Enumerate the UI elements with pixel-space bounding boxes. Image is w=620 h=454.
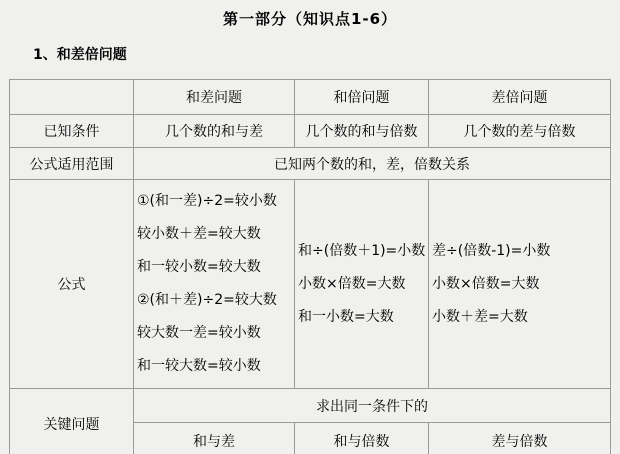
known-conditions-diff-multiple: 几个数的差与倍数 (429, 115, 611, 148)
row-label-formulas: 公式 (10, 180, 134, 389)
formula-line: 和一较大数=较小数 (137, 350, 292, 383)
formula-scope-row: 公式适用范围 已知两个数的和，差，倍数关系 (10, 148, 611, 180)
row-label-known-conditions: 已知条件 (10, 115, 134, 148)
header-cell-sum-diff: 和差问题 (134, 80, 295, 115)
knowledge-table: 和差问题 和倍问题 差倍问题 已知条件 几个数的和与差 几个数的和与倍数 几个数… (9, 79, 611, 454)
known-conditions-sum-multiple: 几个数的和与倍数 (295, 115, 429, 148)
row-label-formula-scope: 公式适用范围 (10, 148, 134, 180)
key-question-sum-multiple: 和与倍数 (295, 423, 429, 454)
formula-line: ②(和＋差)÷2=较大数 (137, 284, 292, 317)
formulas-diff-multiple-cell: 差÷(倍数-1)=小数 小数×倍数=大数 小数＋差=大数 (429, 180, 611, 389)
formula-line: 较大数一差=较小数 (137, 317, 292, 350)
formula-line: 和÷(倍数＋1)=小数 (298, 235, 426, 268)
formula-line: 小数×倍数=大数 (298, 268, 426, 301)
formula-line: ①(和一差)÷2=较小数 (137, 185, 292, 218)
formulas-sum-multiple-cell: 和÷(倍数＋1)=小数 小数×倍数=大数 和一小数=大数 (295, 180, 429, 389)
key-question-sum-diff: 和与差 (134, 423, 295, 454)
key-question-row: 关键问题 求出同一条件下的 (10, 389, 611, 423)
known-conditions-sum-diff: 几个数的和与差 (134, 115, 295, 148)
known-conditions-row: 已知条件 几个数的和与差 几个数的和与倍数 几个数的差与倍数 (10, 115, 611, 148)
formula-line: 和一小数=大数 (298, 301, 426, 334)
row-label-key-question: 关键问题 (10, 389, 134, 454)
header-cell-empty (10, 80, 134, 115)
section-heading: 1、和差倍问题 (33, 44, 620, 64)
formula-line: 差÷(倍数-1)=小数 (432, 235, 608, 268)
page-title: 第一部分（知识点1-6） (0, 0, 620, 29)
formula-line: 较小数＋差=较大数 (137, 218, 292, 251)
formulas-row: 公式 ①(和一差)÷2=较小数 较小数＋差=较大数 和一较小数=较大数 ②(和＋… (10, 180, 611, 389)
key-question-diff-multiple: 差与倍数 (429, 423, 611, 454)
header-cell-diff-multiple: 差倍问题 (429, 80, 611, 115)
formula-scope-merged-cell: 已知两个数的和，差，倍数关系 (134, 148, 611, 180)
key-question-merged-cell: 求出同一条件下的 (134, 389, 611, 423)
formula-line: 和一较小数=较大数 (137, 251, 292, 284)
formulas-sum-diff-cell: ①(和一差)÷2=较小数 较小数＋差=较大数 和一较小数=较大数 ②(和＋差)÷… (134, 180, 295, 389)
document-page: { "page": { "title": "第一部分（知识点1-6）", "se… (0, 0, 620, 454)
header-cell-sum-multiple: 和倍问题 (295, 80, 429, 115)
formula-line: 小数＋差=大数 (432, 301, 608, 334)
table-header-row: 和差问题 和倍问题 差倍问题 (10, 80, 611, 115)
formula-line: 小数×倍数=大数 (432, 268, 608, 301)
